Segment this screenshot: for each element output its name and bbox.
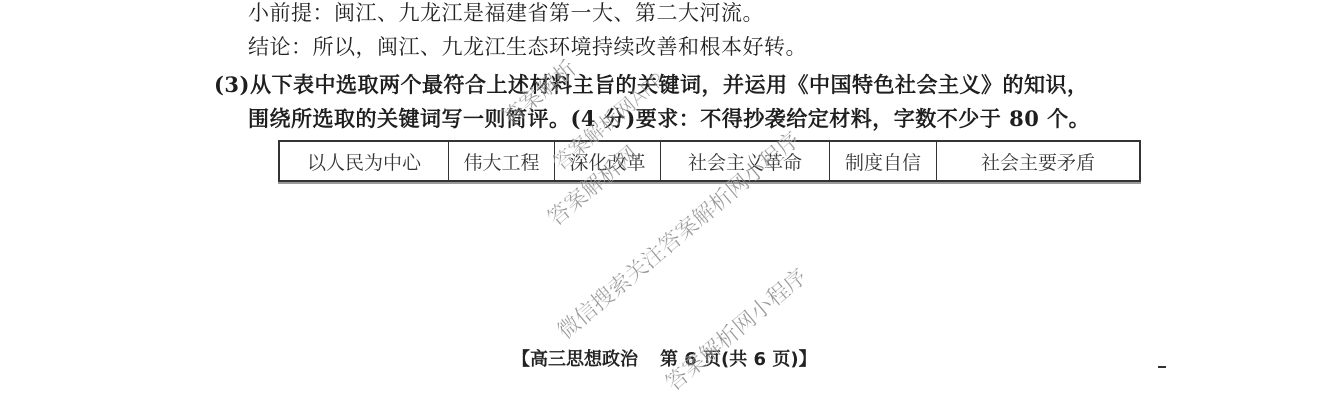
question-3-requirement-text: 围绕所选取的关键词写一则简评。(4 分)要求：不得抄袭给定材料，字数不少于 80… xyxy=(248,103,1090,133)
keyword-cell: 深化改革 xyxy=(555,141,661,181)
minor-premise-text: 小前提：闽江、九龙江是福建省第一大、第二大河流。 xyxy=(248,0,764,27)
page-mark xyxy=(1158,366,1166,368)
keyword-cell: 以人民为中心 xyxy=(279,141,449,181)
keyword-cell: 伟大工程 xyxy=(449,141,555,181)
page-footer: 【高三思想政治第 6 页(共 6 页)】 xyxy=(512,345,817,371)
keyword-row: 以人民为中心 伟大工程 深化改革 社会主义革命 制度自信 社会主要矛盾 xyxy=(279,141,1140,181)
watermark: 答案解析网小程序 xyxy=(658,260,813,397)
keyword-cell: 社会主义革命 xyxy=(661,141,830,181)
keyword-cell: 制度自信 xyxy=(830,141,937,181)
question-3-text: (3)从下表中选取两个最符合上述材料主旨的关键词，并运用《中国特色社会主义》的知… xyxy=(214,69,1088,99)
keyword-table: 以人民为中心 伟大工程 深化改革 社会主义革命 制度自信 社会主要矛盾 xyxy=(278,140,1141,182)
conclusion-text: 结论：所以，闽江、九龙江生态环境持续改善和根本好转。 xyxy=(248,31,807,61)
footer-page-number: 第 6 页(共 6 页)】 xyxy=(660,349,817,370)
footer-subject: 【高三思想政治 xyxy=(512,349,638,370)
keyword-cell: 社会主要矛盾 xyxy=(937,141,1141,181)
